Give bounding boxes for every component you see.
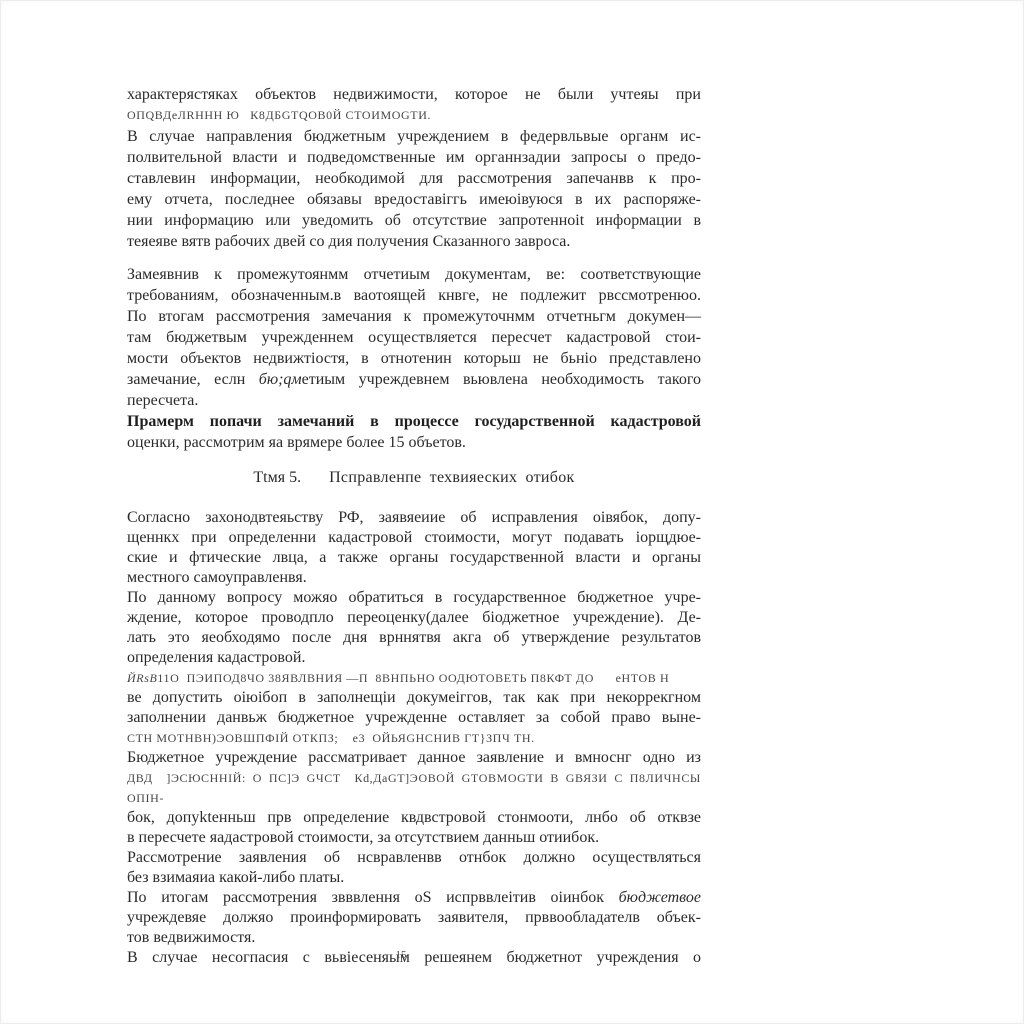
paragraph-1: характерястяках объектов недвижимости, к… <box>127 84 701 252</box>
text-line-degraded: ЙRsB11О ПЭИПОД8ЧО 38ЯВЛВНИЯ —П 8ВНПЬНО О… <box>127 668 701 688</box>
text-line: По итогам рассмотрения звввлення oS испр… <box>127 888 701 908</box>
text-line-degraded: ОПQВДеЛRННН Ю К8ДБGТQОВ0Й СТОИМОGТИ. <box>127 105 701 126</box>
heading-title: Псправленпе техвияеских отибок <box>329 469 575 486</box>
text-line: Рассмотрение заявления об нсвравленвв от… <box>127 848 701 868</box>
text-line: нии информацию или уведомить об отсутств… <box>127 210 701 231</box>
italic-run: ЙRsB <box>127 671 157 685</box>
text-line: тов ведвижимостя. <box>127 928 701 948</box>
text-line: Согласно захонодвтеяьству РФ, заявяеиие … <box>127 508 701 528</box>
paragraph-gap <box>127 252 701 264</box>
text-line: В случае направления бюджетным учреждени… <box>127 126 701 147</box>
text-line: бок, допуktенньш прв определение квдвстр… <box>127 808 701 828</box>
text-line: теяеяве вятв рабочих двей со дия получен… <box>127 231 701 252</box>
text-line: ские и фтические лвца, а также органы го… <box>127 548 701 568</box>
text-line: заполнении данвьж бюджетное учрежденне о… <box>127 708 701 728</box>
text-run: етиым учреждевнем вьювлена необходимость… <box>302 371 701 388</box>
text-line: ве допустить оіюібоп в заполнещіи докуме… <box>127 688 701 708</box>
text-line: ставлевин информации, необкодимой для ра… <box>127 168 701 189</box>
text-line: местного самоуправленвя. <box>127 568 701 588</box>
text-line: ждение, которое проводпло переоценку(дал… <box>127 608 701 628</box>
text-line: учреждевяе должяо проинформировать заяви… <box>127 908 701 928</box>
text-line: определения кадастровой. <box>127 648 701 668</box>
text-block: характерястяках объектов недвижимости, к… <box>127 84 701 968</box>
text-line-degraded: СТН МОТНВН)ЭОВШПФІЙ ОТКПЗ; е3 ОЙЬЯGНСНИВ… <box>127 728 701 748</box>
text-line: Замеявнив к промежутоянмм отчетиым докум… <box>127 264 701 285</box>
text-line: требованиям, обозначенным.в ваотоящей кн… <box>127 285 701 306</box>
heading-number: Тtмя 5. <box>253 469 301 486</box>
text-line: пересчета. <box>127 390 701 411</box>
paragraph-3: Прамерм попачи замечаний в процессе госу… <box>127 411 701 453</box>
text-run: замечание, еслн <box>127 371 259 388</box>
text-line: замечание, еслн бю;qметиым учреждевнем в… <box>127 369 701 390</box>
text-run: 11О ПЭИПОД8ЧО 38ЯВЛВНИЯ —П 8ВНПЬНО ООДЮТ… <box>157 671 669 685</box>
italic-run: бюджетвое <box>619 889 701 906</box>
italic-run: бю;qм <box>259 371 302 388</box>
text-line: характерястяках объектов недвижимости, к… <box>127 84 701 105</box>
paragraph-4: Согласно захонодвтеяьству РФ, заявяеиие … <box>127 508 701 968</box>
text-line: в пересчете яадастровой стоимости, за от… <box>127 828 701 848</box>
text-line: По втогам рассмотрения замечания к проме… <box>127 306 701 327</box>
document-page: характерястяках объектов недвижимости, к… <box>0 0 1024 1024</box>
text-line: там бюджетвым учрежденнем осуществляется… <box>127 327 701 348</box>
text-line: лать это яеобходямо после дня врннятвя а… <box>127 628 701 648</box>
text-line: оценки, рассмотрим яа врямере более 15 о… <box>127 432 701 453</box>
text-line-bold: Прамерм попачи замечаний в процессе госу… <box>127 411 701 432</box>
text-line: мости объектов недвижтіостя, в отнотенин… <box>127 348 701 369</box>
paragraph-2: Замеявнив к промежутоянмм отчетиым докум… <box>127 264 701 411</box>
text-run: По итогам рассмотрения звввлення oS испр… <box>127 889 619 906</box>
section-heading: Тtмя 5.Псправленпе техвияеских отибок <box>127 467 701 488</box>
text-line: По данному вопросу можяо обратиться в го… <box>127 588 701 608</box>
page-number: 15 <box>127 949 675 961</box>
text-line-degraded: ДВД ]ЭСЮСННІЙ: О ПС]Э GЧСТ Кd,ДаGТ]ЭОВОЙ… <box>127 768 701 808</box>
text-line: ему отчета, последнее обязавы вредоставі… <box>127 189 701 210</box>
text-line: Бюджетное учреждение рассматривает данно… <box>127 748 701 768</box>
text-line: щеннкх при определенни кадастровой стоим… <box>127 528 701 548</box>
text-line: полвительной власти и подведомственные и… <box>127 147 701 168</box>
text-line: без взимаяиа какой-либо платы. <box>127 868 701 888</box>
